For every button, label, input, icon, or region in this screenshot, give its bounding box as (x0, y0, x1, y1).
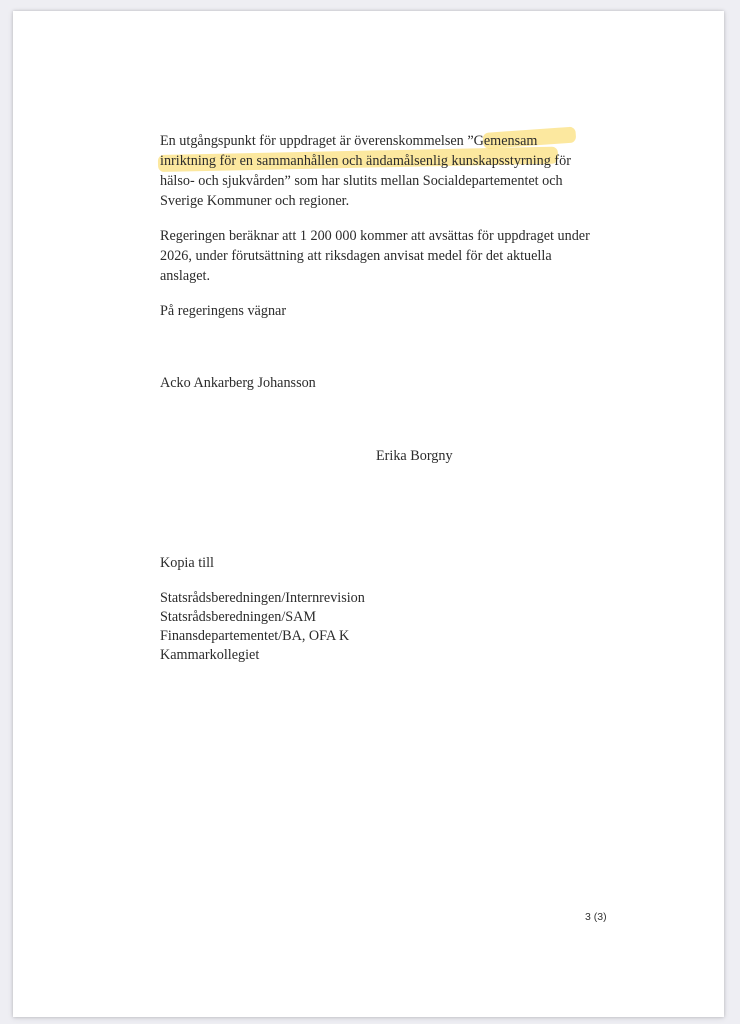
paragraph-2-line-1: Regeringen beräknar att 1 200 000 kommer… (160, 227, 590, 247)
paragraph-2-line-3: anslaget. (160, 267, 210, 287)
paragraph-1-line-3: hälso- och sjukvården” som har slutits m… (160, 172, 563, 192)
page-number: 3 (3) (585, 911, 607, 923)
document-page: En utgångspunkt för uppdraget är överens… (13, 11, 724, 1017)
signatory-official: Erika Borgny (376, 447, 453, 467)
paragraph-1-line-2: inriktning för en sammanhållen och ändam… (160, 152, 571, 172)
copy-recipient: Statsrådsberedningen/SAM (160, 608, 316, 628)
paragraph-1-line-1: En utgångspunkt för uppdraget är överens… (160, 132, 537, 152)
paragraph-2-line-2: 2026, under förutsättning att riksdagen … (160, 247, 552, 267)
copy-heading: Kopia till (160, 554, 214, 574)
copy-recipient: Kammarkollegiet (160, 646, 259, 666)
copy-recipient: Statsrådsberedningen/Internrevision (160, 589, 365, 609)
paragraph-1-line-4: Sverige Kommuner och regioner. (160, 192, 349, 212)
closing-phrase: På regeringens vägnar (160, 302, 286, 322)
signatory-minister: Acko Ankarberg Johansson (160, 374, 316, 394)
copy-recipient: Finansdepartementet/BA, OFA K (160, 627, 349, 647)
